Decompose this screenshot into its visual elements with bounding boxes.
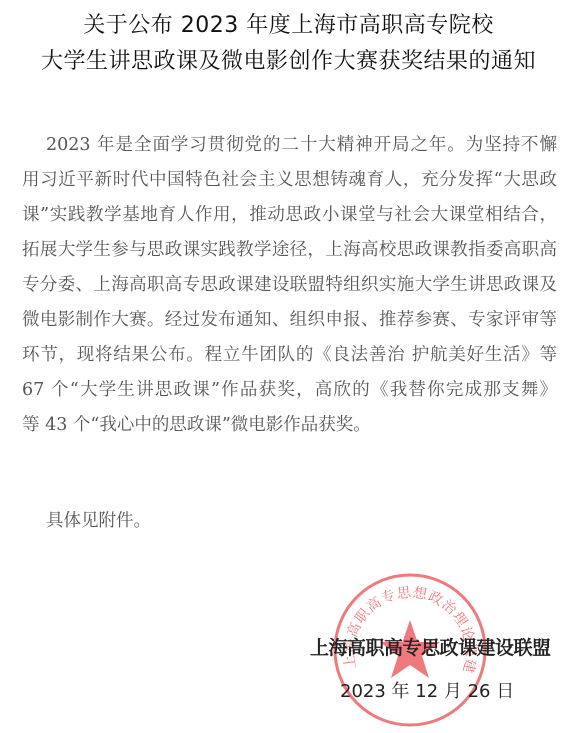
body-line-6: 微电影制作大赛。经过发布通知、组织申报、推荐参赛、专家评审等 [22,309,557,331]
body-line-8: 67 个“大学生讲思政课”作品获奖，高欣的《我替你完成那支舞》 [22,379,557,401]
issue-date: 2023 年 12 月 26 日 [340,677,514,703]
body-line-5: 专分委、上海高职高专思政课建设联盟特组织实施大学生讲思政课及 [22,274,557,296]
body-line-4: 拓展大学生参与思政课实践教学途径，上海高校思政课教指委高职高 [22,239,557,261]
body-line-2: 用习近平新时代中国特色社会主义思想铸魂育人，充分发挥“大思政 [22,169,557,191]
body-line-9: 等 43 个“我心中的思政课”微电影作品获奖。 [22,414,557,436]
body-line-3: 课”实践教学基地育人作用，推动思政小课堂与社会大课堂相结合， [22,204,557,226]
body-line-7: 环节，现将结果公布。程立牛团队的《良法善治 护航美好生活》等 [22,344,557,366]
body-line-1: 2023 年是全面学习贯彻党的二十大精神开局之年。为坚持不懈 [46,134,557,156]
document-title-line-1: 关于公布 2023 年度上海市高职高专院校 [0,8,577,39]
document-title-line-2: 大学生讲思政课及微电影创作大赛获奖结果的通知 [0,44,577,75]
attachment-note: 具体见附件。 [46,510,557,532]
issuer-signature: 上海高职高专思政课建设联盟 [310,633,551,660]
